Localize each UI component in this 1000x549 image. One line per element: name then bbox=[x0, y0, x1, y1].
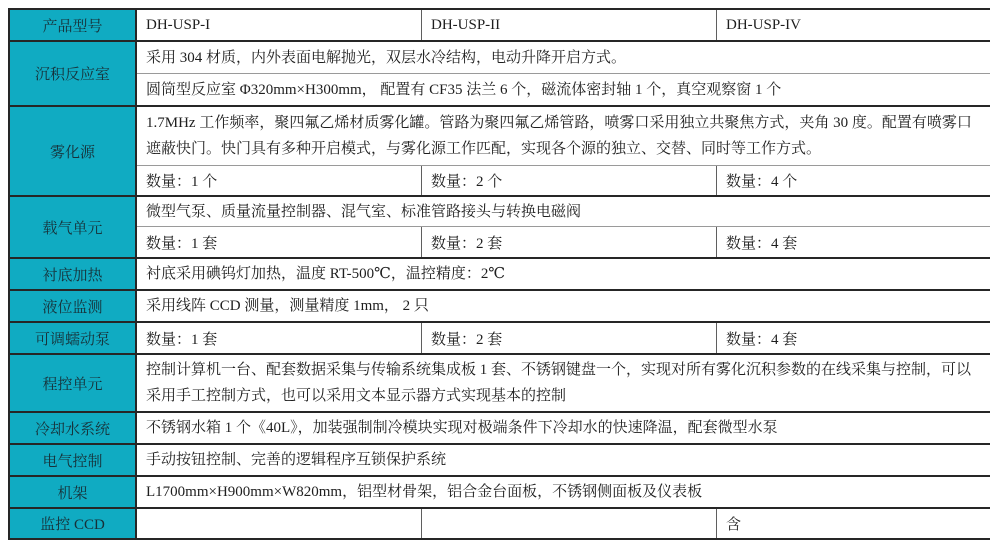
section-liquid-level-monitor: 液位监测 采用线阵 CCD 测量，测量精度 1mm， 2 只 bbox=[10, 289, 990, 321]
model-row: DH-USP-I DH-USP-II DH-USP-IV bbox=[137, 10, 990, 40]
section-frame: 机架 L1700mm×H900mm×W820mm，铝型材骨架，铝合金台面板，不锈… bbox=[10, 475, 990, 507]
section-peristaltic-pump: 可调蠕动泵 数量：1 套 数量：2 套 数量：4 套 bbox=[10, 321, 990, 353]
row-header-atomizing-source: 雾化源 bbox=[10, 107, 137, 195]
section-program-control-unit: 程控单元 控制计算机一台、配套数据采集与传输系统集成板 1 套、不锈钢键盘一个，… bbox=[10, 353, 990, 411]
inclusion-cell-3: 含 bbox=[716, 509, 990, 538]
section-monitor-ccd: 监控 CCD 含 bbox=[10, 507, 990, 538]
inclusion-cell-1 bbox=[137, 509, 421, 538]
quantity-cell-3: 数量：4 套 bbox=[716, 227, 990, 257]
quantity-cell-3: 数量：4 个 bbox=[716, 166, 990, 195]
spec-text: 微型气泵、质量流量控制器、混气室、标准管路接头与转换电磁阀 bbox=[146, 199, 581, 225]
spec-row: 采用线阵 CCD 测量，测量精度 1mm， 2 只 bbox=[137, 291, 990, 321]
spec-text: 手动按钮控制、完善的逻辑程序互锁保护系统 bbox=[146, 447, 446, 473]
quantity-cell-1: 数量：1 个 bbox=[137, 166, 421, 195]
row-header-electrical-control: 电气控制 bbox=[10, 445, 137, 475]
quantity-row: 数量：1 套 数量：2 套 数量：4 套 bbox=[137, 323, 990, 353]
row-header-peristaltic-pump: 可调蠕动泵 bbox=[10, 323, 137, 353]
model-cell-3: DH-USP-IV bbox=[716, 10, 990, 40]
spec-row: 衬底采用碘钨灯加热，温度 RT-500℃，温控精度：2℃ bbox=[137, 259, 990, 289]
row-header-product-model: 产品型号 bbox=[10, 10, 137, 40]
spec-row: 控制计算机一台、配套数据采集与传输系统集成板 1 套、不锈钢键盘一个，实现对所有… bbox=[137, 355, 990, 411]
spec-text: 衬底采用碘钨灯加热，温度 RT-500℃，温控精度：2℃ bbox=[146, 261, 505, 287]
quantity-cell-1: 数量：1 套 bbox=[137, 323, 421, 353]
section-atomizing-source: 雾化源 1.7MHz 工作频率，聚四氟乙烯材质雾化罐。管路为聚四氟乙烯管路，喷雾… bbox=[10, 105, 990, 195]
row-header-frame: 机架 bbox=[10, 477, 137, 507]
spec-row: 1.7MHz 工作频率，聚四氟乙烯材质雾化罐。管路为聚四氟乙烯管路，喷雾口采用独… bbox=[137, 107, 990, 165]
model-cell-1: DH-USP-I bbox=[137, 10, 421, 40]
quantity-row: 数量：1 套 数量：2 套 数量：4 套 bbox=[137, 226, 990, 257]
spec-text: 圆筒型反应室 Φ320mm×H300mm， 配置有 CF35 法兰 6 个，磁流… bbox=[146, 77, 781, 103]
row-header-cooling-water-system: 冷却水系统 bbox=[10, 413, 137, 443]
section-deposition-chamber: 沉积反应室 采用 304 材质，内外表面电解抛光，双层水冷结构，电动升降开启方式… bbox=[10, 40, 990, 105]
section-electrical-control: 电气控制 手动按钮控制、完善的逻辑程序互锁保护系统 bbox=[10, 443, 990, 475]
row-header-liquid-level-monitor: 液位监测 bbox=[10, 291, 137, 321]
row-header-program-control-unit: 程控单元 bbox=[10, 355, 137, 411]
page: 产品型号 DH-USP-I DH-USP-II DH-USP-IV 沉积反应室 … bbox=[0, 0, 1000, 549]
spec-text: L1700mm×H900mm×W820mm，铝型材骨架，铝合金台面板，不锈钢侧面… bbox=[146, 479, 702, 505]
spec-row: 不锈钢水箱 1 个《40L》，加装强制制冷模块实现对极端条件下冷却水的快速降温，… bbox=[137, 413, 990, 443]
quantity-row: 数量：1 个 数量：2 个 数量：4 个 bbox=[137, 165, 990, 195]
spec-text: 1.7MHz 工作频率，聚四氟乙烯材质雾化罐。管路为聚四氟乙烯管路，喷雾口采用独… bbox=[146, 110, 981, 162]
row-header-substrate-heating: 衬底加热 bbox=[10, 259, 137, 289]
row-header-carrier-gas-unit: 载气单元 bbox=[10, 197, 137, 257]
quantity-cell-2: 数量：2 套 bbox=[421, 323, 716, 353]
spec-row: 采用 304 材质，内外表面电解抛光，双层水冷结构，电动升降开启方式。 bbox=[137, 42, 990, 73]
spec-text: 不锈钢水箱 1 个《40L》，加装强制制冷模块实现对极端条件下冷却水的快速降温，… bbox=[146, 415, 778, 441]
inclusion-row: 含 bbox=[137, 509, 990, 538]
spec-row: 圆筒型反应室 Φ320mm×H300mm， 配置有 CF35 法兰 6 个，磁流… bbox=[137, 73, 990, 105]
product-spec-table: 产品型号 DH-USP-I DH-USP-II DH-USP-IV 沉积反应室 … bbox=[8, 8, 990, 540]
spec-row: 手动按钮控制、完善的逻辑程序互锁保护系统 bbox=[137, 445, 990, 475]
spec-text: 采用 304 材质，内外表面电解抛光，双层水冷结构，电动升降开启方式。 bbox=[146, 45, 626, 71]
spec-row: 微型气泵、质量流量控制器、混气室、标准管路接头与转换电磁阀 bbox=[137, 197, 990, 226]
section-substrate-heating: 衬底加热 衬底采用碘钨灯加热，温度 RT-500℃，温控精度：2℃ bbox=[10, 257, 990, 289]
spec-text: 采用线阵 CCD 测量，测量精度 1mm， 2 只 bbox=[146, 293, 429, 319]
section-product-model: 产品型号 DH-USP-I DH-USP-II DH-USP-IV bbox=[10, 10, 990, 40]
quantity-cell-1: 数量：1 套 bbox=[137, 227, 421, 257]
row-header-deposition-chamber: 沉积反应室 bbox=[10, 42, 137, 105]
inclusion-cell-2 bbox=[421, 509, 716, 538]
quantity-cell-2: 数量：2 个 bbox=[421, 166, 716, 195]
spec-text: 控制计算机一台、配套数据采集与传输系统集成板 1 套、不锈钢键盘一个，实现对所有… bbox=[146, 357, 981, 409]
row-header-monitor-ccd: 监控 CCD bbox=[10, 509, 137, 538]
quantity-cell-2: 数量：2 套 bbox=[421, 227, 716, 257]
section-cooling-water-system: 冷却水系统 不锈钢水箱 1 个《40L》，加装强制制冷模块实现对极端条件下冷却水… bbox=[10, 411, 990, 443]
spec-row: L1700mm×H900mm×W820mm，铝型材骨架，铝合金台面板，不锈钢侧面… bbox=[137, 477, 990, 507]
quantity-cell-3: 数量：4 套 bbox=[716, 323, 990, 353]
model-cell-2: DH-USP-II bbox=[421, 10, 716, 40]
section-carrier-gas-unit: 载气单元 微型气泵、质量流量控制器、混气室、标准管路接头与转换电磁阀 数量：1 … bbox=[10, 195, 990, 257]
